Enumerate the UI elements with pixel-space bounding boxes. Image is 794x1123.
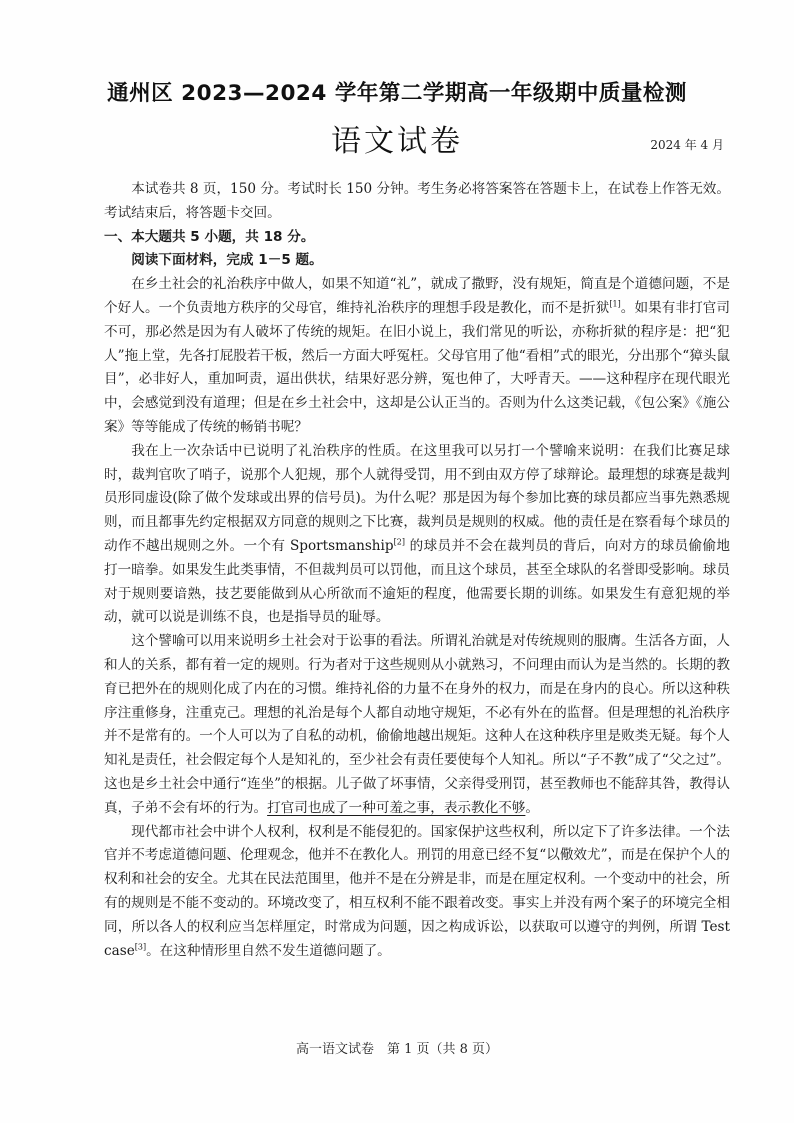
paragraph-text: 这个譬喻可以用来说明乡土社会对于讼事的看法。所谓礼治就是对传统规则的服膺。生活各…: [104, 633, 730, 816]
footnote-marker: [2]: [394, 537, 405, 546]
passage-paragraph-4: 现代都市社会中讲个人权利，权利是不能侵犯的。国家保护这些权利，所以定下了许多法律…: [104, 821, 730, 964]
passage-paragraph-3: 这个譬喻可以用来说明乡土社会对于讼事的看法。所谓礼治就是对传统规则的服膺。生活各…: [104, 630, 730, 820]
exam-title: 通州区 2023—2024 学年第二学期高一年级期中质量检测: [0, 76, 794, 107]
underlined-sentence: 打官司也成了一种可羞之事，表示教化不够: [267, 800, 525, 816]
footnote-marker: [3]: [135, 942, 146, 951]
exam-notice: 本试卷共 8 页，150 分。考试时长 150 分钟。考生务必将答案答在答题卡上…: [104, 178, 730, 226]
paragraph-text: 。: [525, 800, 539, 816]
paragraph-text: 。如果有非打官司不可，那必然是因为有人破坏了传统的规矩。在旧小说上，我们常见的听…: [104, 300, 730, 435]
exam-body: 本试卷共 8 页，150 分。考试时长 150 分钟。考生务必将答案答在答题卡上…: [104, 178, 730, 963]
page-footer: 高一语文试卷 第 1 页（共 8 页）: [0, 1038, 794, 1057]
reading-instruction: 阅读下面材料，完成 1－5 题。: [104, 249, 730, 273]
exam-page: 通州区 2023—2024 学年第二学期高一年级期中质量检测 语文试卷 2024…: [0, 0, 794, 1123]
footnote-marker: [1]: [609, 299, 620, 308]
section-heading: 一、本大题共 5 小题，共 18 分。: [104, 226, 730, 250]
paragraph-text: 现代都市社会中讲个人权利，权利是不能侵犯的。国家保护这些权利，所以定下了许多法律…: [104, 824, 730, 959]
passage-paragraph-1: 在乡土社会的礼治秩序中做人，如果不知道“礼”，就成了撒野，没有规矩，简直是个道德…: [104, 273, 730, 440]
exam-date: 2024 年 4 月: [650, 136, 724, 153]
paragraph-text: 。在这种情形里自然不发生道德问题了。: [146, 943, 391, 959]
passage-paragraph-2: 我在上一次杂话中已说明了礼治秩序的性质。在这里我可以另打一个譬喻来说明：在我们比…: [104, 440, 730, 630]
